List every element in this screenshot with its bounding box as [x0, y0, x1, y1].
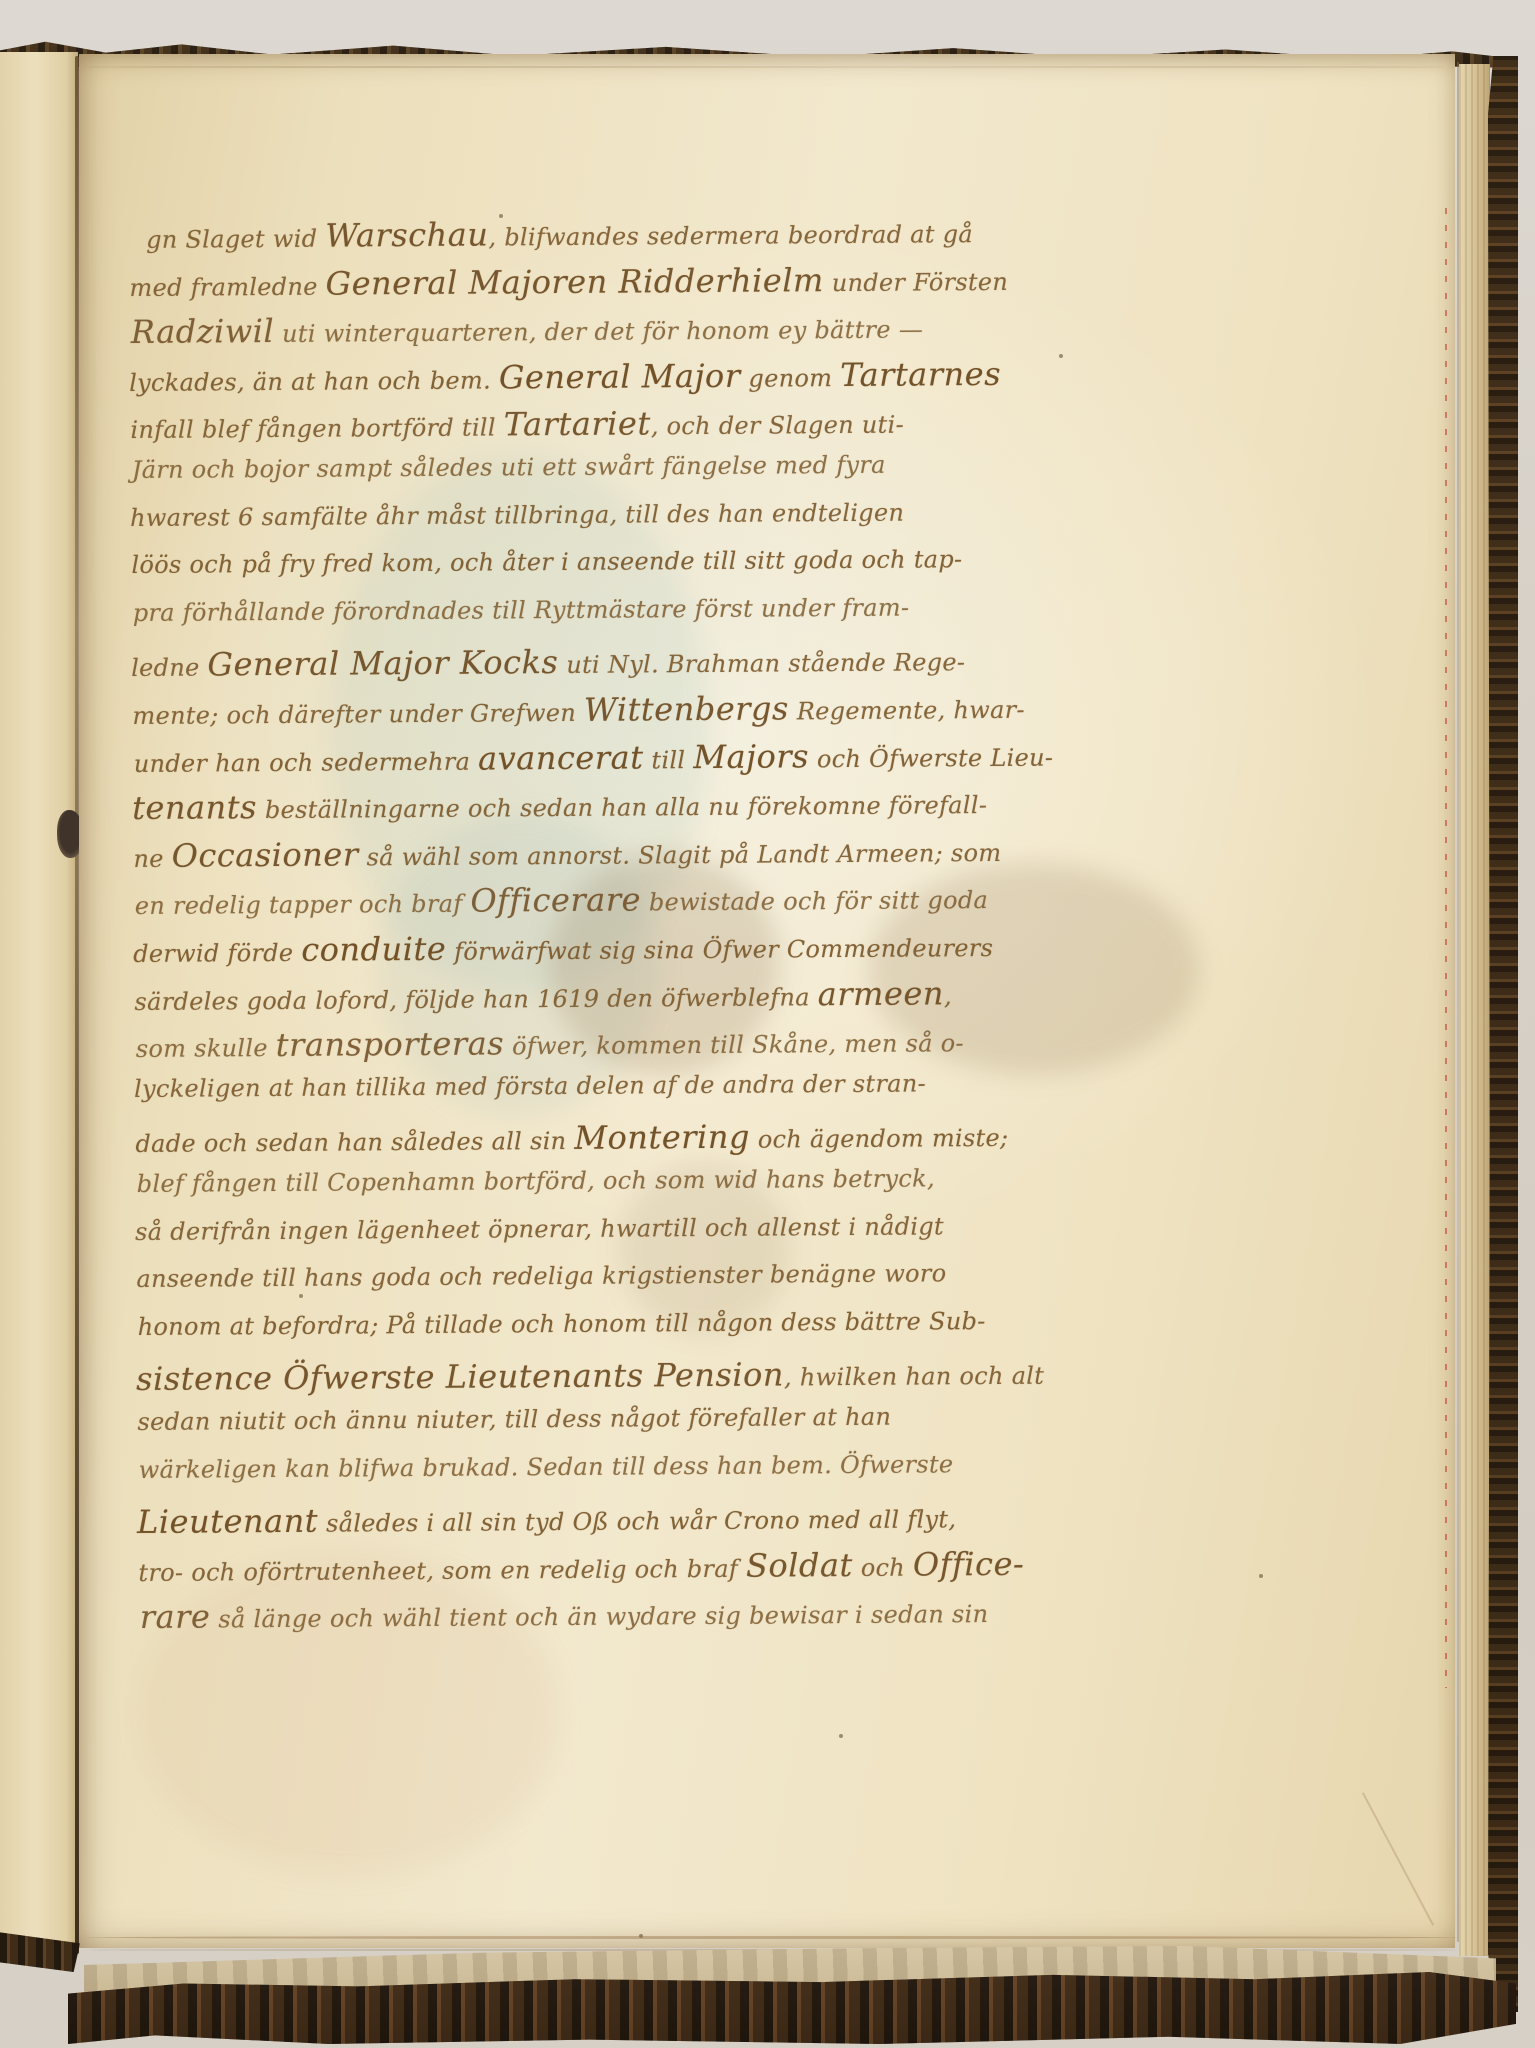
manuscript-word: anseende till hans goda och redeliga kri…: [136, 1260, 946, 1294]
manuscript-line: mente; och därefter under Grefwen Witten…: [132, 688, 1025, 732]
manuscript-word-emphasis: General Major Kocks: [207, 643, 558, 683]
manuscript-word-emphasis: Montering: [574, 1118, 750, 1157]
manuscript-word-emphasis: Officerare: [470, 881, 641, 920]
manuscript-word: Järn och bojor sampt således uti ett swå…: [132, 451, 886, 484]
manuscript-line: rare så länge och wähl tient och än wyda…: [140, 1592, 989, 1636]
leaf-edge-line: [85, 66, 1445, 68]
manuscript-word: tro- och oförtrutenheet, som en redelig …: [138, 1555, 746, 1587]
manuscript-line: med framledne General Majoren Ridderhiel…: [129, 259, 1008, 303]
manuscript-word: wärkeligen kan blifwa brukad. Sedan till…: [139, 1450, 954, 1484]
manuscript-word: infall blef fången bortförd till: [130, 414, 503, 445]
manuscript-line: honom at befordra; På tillade och honom …: [138, 1307, 986, 1341]
manuscript-word: , hwilken han och alt: [784, 1362, 1044, 1392]
manuscript-word: Regemente, hwar-: [789, 696, 1025, 726]
manuscript-line: löös och på fry fred kom, och åter i ans…: [131, 545, 962, 579]
manuscript-word: särdeles goda loford, följde han 1619 de…: [134, 983, 817, 1016]
manuscript-line: dade och sedan han således all sin Monte…: [135, 1116, 1008, 1160]
manuscript-line: ledne General Major Kocks uti Nyl. Brahm…: [131, 641, 965, 685]
manuscript-word: bewistade och för sitt goda: [641, 886, 988, 916]
manuscript-word: blef fången till Copenhamn bortförd, och…: [137, 1164, 935, 1198]
manuscript-line: Radziwil uti winterquarteren, der det fö…: [131, 308, 924, 352]
manuscript-word-emphasis: conduite: [301, 930, 446, 969]
manuscript-line: lyckeligen at han tillika med första del…: [134, 1069, 926, 1103]
manuscript-line: derwid förde conduite förwärfwat sig sin…: [133, 926, 993, 970]
manuscript-word: således i all sin tyd Oß och wår Crono m…: [318, 1505, 956, 1537]
manuscript-word-emphasis: General Major: [499, 357, 741, 397]
manuscript-line: sedan niutit och ännu niuter, till dess …: [137, 1403, 891, 1436]
paper-speck: [839, 1734, 843, 1738]
manuscript-word: beställningarne och sedan han alla nu fö…: [257, 791, 987, 824]
manuscript-word: och: [853, 1553, 913, 1581]
manuscript-line: anseende till hans goda och redeliga kri…: [136, 1260, 946, 1294]
manuscript-word-emphasis: Tartariet: [504, 405, 651, 444]
manuscript-word: sedan niutit och ännu niuter, till dess …: [137, 1403, 891, 1436]
manuscript-word: löös och på fry fred kom, och åter i ans…: [131, 545, 962, 579]
manuscript-word: och ägendom miste;: [750, 1124, 1009, 1154]
manuscript-word: pra förhållande förordnades till Ryttmäs…: [133, 593, 910, 626]
manuscript-word-emphasis: tenants: [132, 788, 257, 827]
manuscript-line: under han och sedermehra avancerat till …: [134, 735, 1054, 779]
manuscript-line: gn Slaget wid Warschau, blifwandes seder…: [146, 212, 973, 256]
corner-fold-crease: [1362, 1792, 1434, 1925]
manuscript-word-emphasis: Office-: [913, 1545, 1025, 1584]
manuscript-line: infall blef fången bortförd till Tartari…: [130, 403, 904, 446]
manuscript-word: dade och sedan han således all sin: [135, 1127, 574, 1158]
manuscript-line: blef fången till Copenhamn bortförd, och…: [137, 1164, 935, 1198]
manuscript-word: och Öfwerste Lieu-: [809, 743, 1053, 773]
page-bottom-edge-line: [86, 1936, 1458, 1939]
manuscript-line: lyckades, än at han och bem. General Maj…: [129, 355, 1001, 399]
manuscript-word: mente; och därefter under Grefwen: [132, 699, 584, 730]
manuscript-word-emphasis: Tartarnes: [840, 355, 1001, 394]
manuscript-word: lyckades, än at han och bem.: [129, 366, 499, 397]
cover-right-edge: [1488, 56, 1518, 2012]
manuscript-word-emphasis: Majors: [693, 737, 809, 776]
manuscript-word: så wähl som annorst. Slagit på Landt Arm…: [358, 839, 1001, 871]
manuscript-word: , blifwandes sedermera beordrad at gå: [488, 220, 973, 251]
manuscript-word-emphasis: Radziwil: [131, 312, 275, 351]
manuscript-word: så derifrån ingen lägenheet öpnerar, hwa…: [135, 1212, 944, 1246]
manuscript-word-emphasis: Wittenbergs: [584, 689, 789, 728]
manuscript-word-emphasis: rare: [140, 1598, 211, 1636]
manuscript-line: tenants beställningarne och sedan han al…: [132, 783, 987, 827]
manuscript-word: under Försten: [824, 267, 1008, 296]
manuscript-word: ne: [133, 845, 171, 873]
manuscript-line: sistence Öfwerste Lieutenants Pension, h…: [136, 1354, 1044, 1398]
manuscript-line: Järn och bojor sampt således uti ett swå…: [132, 451, 886, 484]
paper-speck: [1259, 1574, 1263, 1578]
manuscript-word: så länge och wähl tient och än wydare si…: [210, 1600, 988, 1633]
manuscript-word-emphasis: Soldat: [746, 1546, 853, 1585]
manuscript-word: som skulle: [136, 1034, 276, 1063]
manuscript-line: särdeles goda loford, följde han 1619 de…: [134, 974, 952, 1018]
manuscript-word: uti winterquarteren, der det för honom e…: [274, 316, 923, 349]
manuscript-word-emphasis: armeen: [818, 974, 944, 1013]
manuscript-word: hwarest 6 samfälte åhr måst tillbringa, …: [130, 498, 904, 531]
manuscript-word-emphasis: avancerat: [478, 738, 644, 777]
manuscript-line: som skulle transporteras öfwer, kommen t…: [136, 1021, 964, 1065]
manuscript-word-emphasis: Occasioner: [172, 835, 359, 874]
fore-edge-red-dots: [1445, 208, 1447, 1688]
manuscript-word: ,: [944, 982, 952, 1010]
manuscript-word: lyckeligen at han tillika med första del…: [134, 1069, 926, 1103]
page-stack-right-edge: [1459, 64, 1490, 1956]
manuscript-word: en redelig tapper och braf: [135, 890, 471, 920]
manuscript-word-emphasis: General Majoren Ridderhielm: [325, 261, 824, 302]
previous-page-edge: [0, 52, 78, 1948]
manuscript-line: Lieutenant således i all sin tyd Oß och …: [137, 1497, 956, 1541]
manuscript-word: till: [643, 746, 693, 774]
manuscript-line: pra förhållande förordnades till Ryttmäs…: [133, 593, 910, 626]
manuscript-line: så derifrån ingen lägenheet öpnerar, hwa…: [135, 1212, 944, 1246]
manuscript-word: honom at befordra; På tillade och honom …: [138, 1307, 986, 1341]
manuscript-word: gn Slaget wid: [146, 225, 325, 254]
manuscript-word: under han och sedermehra: [134, 747, 478, 777]
manuscript-word: , och der Slagen uti-: [651, 411, 904, 441]
manuscript-word-emphasis: Warschau: [325, 215, 488, 254]
manuscript-word: med framledne: [129, 272, 325, 301]
manuscript-word: ledne: [131, 654, 208, 683]
manuscript-word: förwärfwat sig sina Öfwer Commendeurers: [446, 934, 993, 966]
scanned-book-photo: gn Slaget wid Warschau, blifwandes seder…: [0, 0, 1535, 2048]
manuscript-word: derwid förde: [133, 939, 301, 968]
paper-speck: [1059, 354, 1063, 358]
text-block: gn Slaget wid Warschau, blifwandes seder…: [128, 212, 1058, 1678]
manuscript-line: hwarest 6 samfälte åhr måst tillbringa, …: [130, 498, 904, 531]
manuscript-word-emphasis: sistence Öfwerste Lieutenants Pension: [136, 1356, 784, 1399]
manuscript-word-emphasis: transporteras: [276, 1025, 505, 1065]
manuscript-line: wärkeligen kan blifwa brukad. Sedan till…: [139, 1450, 954, 1484]
manuscript-line: en redelig tapper och braf Officerare be…: [135, 878, 989, 922]
manuscript-line: ne Occasioner så wähl som annorst. Slagi…: [133, 831, 1001, 875]
manuscript-word: genom: [740, 364, 840, 393]
manuscript-word-emphasis: Lieutenant: [137, 1502, 318, 1541]
manuscript-word: öfwer, kommen till Skåne, men så o-: [504, 1029, 964, 1060]
manuscript-word: uti Nyl. Brahman stående Rege-: [558, 649, 965, 680]
manuscript-line: tro- och oförtrutenheet, som en redelig …: [138, 1545, 1024, 1589]
